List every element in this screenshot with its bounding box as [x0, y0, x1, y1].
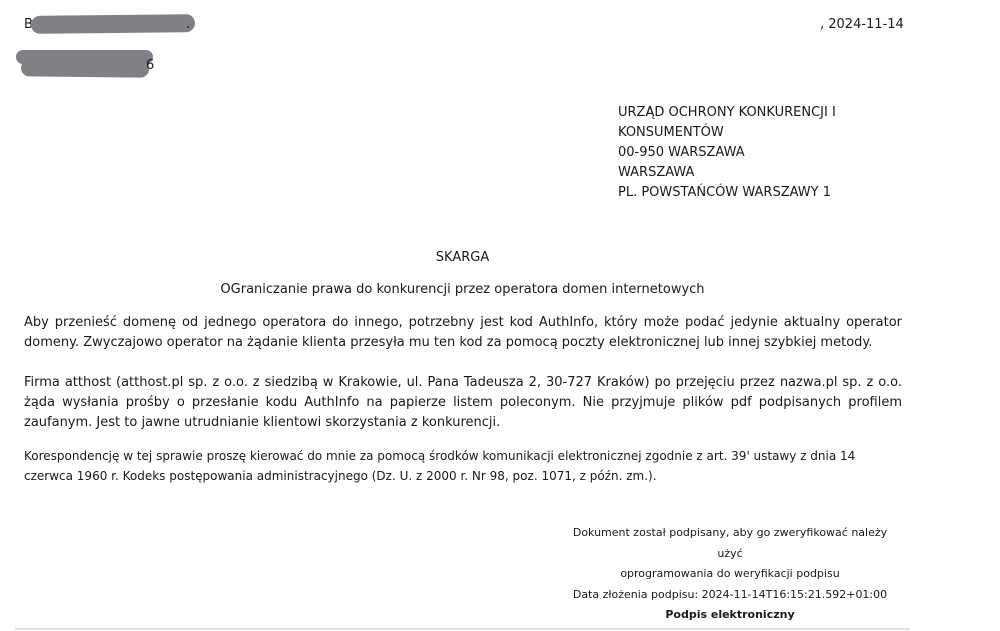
signature-block: Dokument został podpisany, aby go zweryf… [560, 523, 900, 626]
signature-timestamp: Data złożenia podpisu: 2024-11-14T16:15:… [560, 585, 900, 606]
page-divider [15, 628, 910, 630]
redaction-mark-sender-name [31, 14, 195, 34]
signature-note-line1: Dokument został podpisany, aby go zweryf… [560, 523, 900, 564]
document-date: , 2024-11-14 [820, 17, 904, 32]
recipient-line: URZĄD OCHRONY KONKURENCJI I [618, 103, 836, 123]
body-paragraph: Korespondencję w tej sprawie proszę kier… [24, 446, 902, 486]
recipient-line: WARSZAWA [618, 163, 836, 183]
recipient-line: 00-950 WARSZAWA [618, 143, 836, 163]
signature-note-line2: oprogramowania do weryfikacji podpisu [560, 564, 900, 585]
recipient-line: KONSUMENTÓW [618, 123, 836, 143]
recipient-address: URZĄD OCHRONY KONKURENCJI I KONSUMENTÓW … [618, 103, 836, 203]
sender-address-visible-end: 6 [146, 58, 154, 73]
redaction-mark-sender-address-bottom [21, 59, 149, 77]
signature-label: Podpis elektroniczny [560, 605, 900, 626]
document-title: SKARGA [0, 250, 925, 265]
document-subject: OGraniczanie prawa do konkurencji przez … [0, 282, 925, 297]
body-paragraph: Aby przenieść domenę od jednego operator… [24, 313, 902, 353]
body-paragraph: Firma atthost (atthost.pl sp. z o.o. z s… [24, 373, 902, 433]
sender-name-visible-end: . [186, 17, 190, 32]
recipient-line: PL. POWSTAŃCÓW WARSZAWY 1 [618, 183, 836, 203]
